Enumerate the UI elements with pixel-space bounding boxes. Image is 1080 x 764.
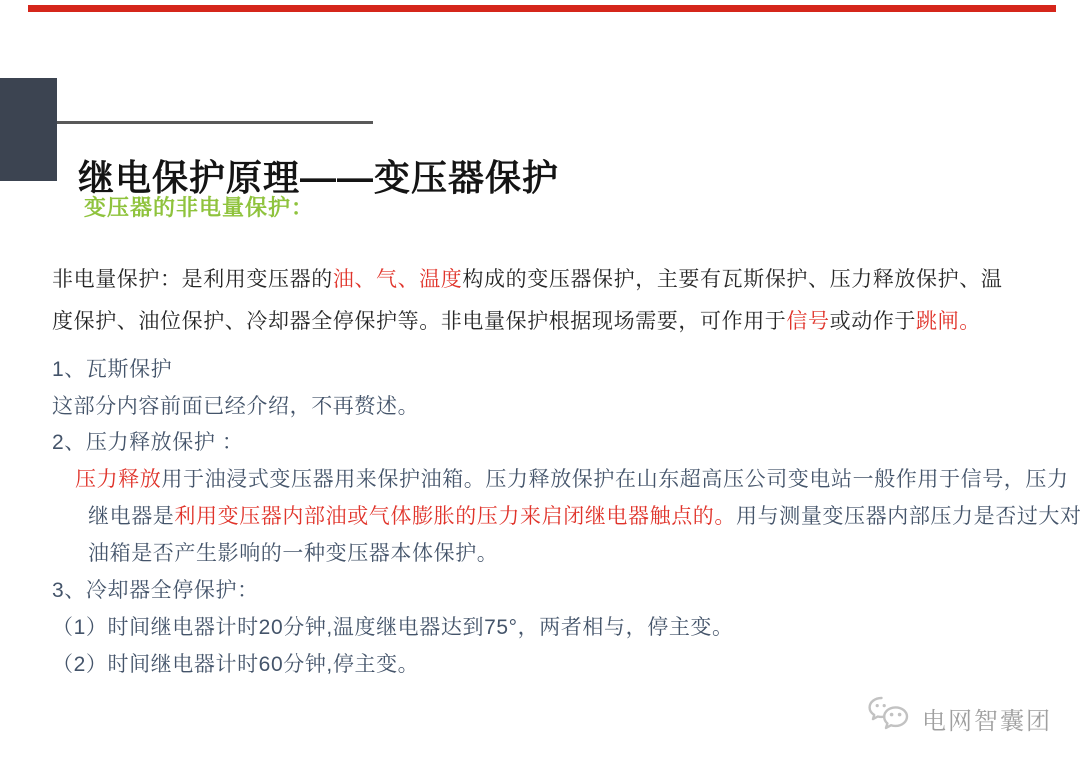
text-segment: 构成的变压器保护，主要有瓦斯保护、压力释放保护、温 <box>462 268 1002 291</box>
text-segment: 继电器是 <box>88 505 174 528</box>
title-rule-line <box>57 121 373 124</box>
top-red-bar <box>28 5 1056 12</box>
list-item-1-body: 这部分内容前面已经介绍，不再赘述。 <box>52 392 419 422</box>
slide-canvas: 继电保护原理——变压器保护 变压器的非电量保护： 非电量保护：是利用变压器的油、… <box>0 0 1080 764</box>
text-segment: 或动作于 <box>830 310 916 333</box>
text-segment-red: 利用变压器内部油或气体膨胀的压力来启闭继电器触点的。 <box>174 505 736 528</box>
intro-line-1: 非电量保护：是利用变压器的油、气、温度构成的变压器保护，主要有瓦斯保护、压力释放… <box>52 265 1002 295</box>
list-item-2-heading: 2、压力释放保护 ： <box>52 428 244 458</box>
brand-name: 电网智囊团 <box>922 701 1052 736</box>
text-segment: 用于油浸式变压器用来保护油箱。压力释放保护在山东超高压公司变电站一般作用于信号，… <box>161 468 1068 491</box>
brand-watermark: 电网智囊团 <box>868 695 1052 742</box>
list-item-3-line-1: （1）时间继电器计时20分钟,温度继电器达到75°，两者相与，停主变。 <box>52 613 734 643</box>
wechat-icon <box>868 695 914 742</box>
list-item-2-line-3: 油箱是否产生影响的一种变压器本体保护。 <box>88 539 498 569</box>
list-item-1-heading: 1、瓦斯保护 <box>52 355 172 385</box>
text-segment-red: 油、气、温度 <box>333 268 463 291</box>
text-segment-red: 信号 <box>786 310 829 333</box>
text-segment: 用与测量变压器内部压力是否过大对 <box>736 505 1080 528</box>
list-item-2-line-2: 继电器是利用变压器内部油或气体膨胀的压力来启闭继电器触点的。用与测量变压器内部压… <box>88 502 1080 532</box>
text-segment-red: 压力释放 <box>75 468 161 491</box>
list-item-3-heading: 3、冷却器全停保护： <box>52 576 259 606</box>
header-accent-square <box>0 78 57 181</box>
text-segment: 度保护、油位保护、冷却器全停保护等。非电量保护根据现场需要，可作用于 <box>52 310 786 333</box>
list-item-2-line-1: 压力释放用于油浸式变压器用来保护油箱。压力释放保护在山东超高压公司变电站一般作用… <box>75 465 1069 495</box>
text-segment: 非电量保护：是利用变压器的 <box>52 268 333 291</box>
list-item-3-line-2: （2）时间继电器计时60分钟,停主变。 <box>52 650 419 680</box>
intro-line-2: 度保护、油位保护、冷却器全停保护等。非电量保护根据现场需要，可作用于信号或动作于… <box>52 307 981 337</box>
text-segment-red: 跳闸。 <box>916 310 981 333</box>
section-subtitle: 变压器的非电量保护： <box>84 191 314 222</box>
